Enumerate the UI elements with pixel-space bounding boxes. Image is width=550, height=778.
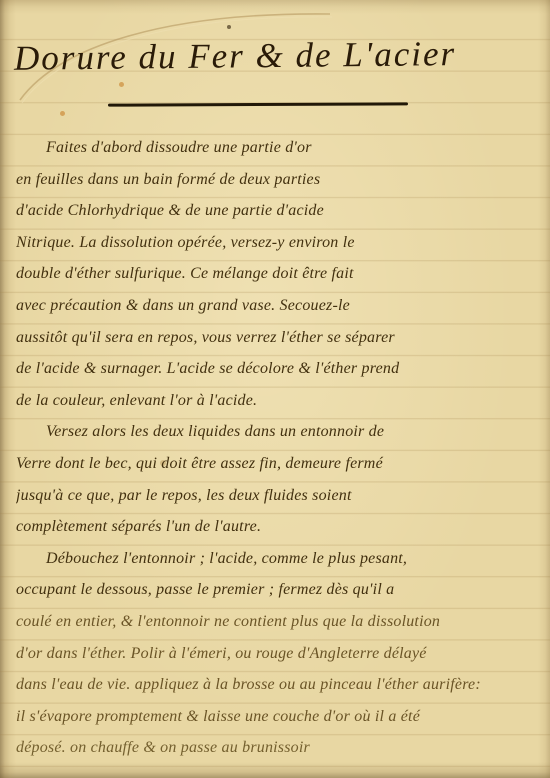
handwritten-line: jusqu'à ce que, par le repos, les deux f… — [16, 480, 544, 512]
handwritten-line: Versez alors les deux liquides dans un e… — [16, 416, 544, 448]
handwritten-line: occupant le dessous, passe le premier ; … — [16, 574, 544, 606]
paragraph-3: Débouchez l'entonnoir ; l'acide, comme l… — [16, 543, 544, 764]
paragraph-2: Versez alors les deux liquides dans un e… — [16, 416, 544, 542]
handwritten-line: d'or dans l'éther. Polir à l'émeri, ou r… — [16, 638, 544, 670]
handwritten-line: d'acide Chlorhydrique & de une partie d'… — [16, 195, 544, 227]
manuscript-page: Dorure du Fer & de L'acier Faites d'abor… — [0, 0, 550, 778]
handwritten-line: coulé en entier, & l'entonnoir ne contie… — [16, 606, 544, 638]
handwritten-line: Nitrique. La dissolution opérée, versez-… — [16, 227, 544, 259]
handwritten-line: Faites d'abord dissoudre une partie d'or — [16, 132, 544, 164]
handwritten-line: double d'éther sulfurique. Ce mélange do… — [16, 258, 544, 290]
ink-speck — [227, 25, 231, 29]
title-underline — [108, 102, 408, 106]
rust-stain — [119, 82, 124, 87]
handwritten-line: de la couleur, enlevant l'or à l'acide. — [16, 385, 544, 417]
page-title: Dorure du Fer & de L'acier — [14, 33, 534, 78]
handwritten-line: il s'évapore promptement & laisse une co… — [16, 701, 544, 733]
rust-stain — [60, 111, 65, 116]
handwritten-line: aussitôt qu'il sera en repos, vous verre… — [16, 322, 544, 354]
handwritten-line: avec précaution & dans un grand vase. Se… — [16, 290, 544, 322]
handwritten-line: Verre dont le bec, qui doit être assez f… — [16, 448, 544, 480]
handwritten-line: déposé. on chauffe & on passe au bruniss… — [16, 732, 544, 764]
handwritten-line: Débouchez l'entonnoir ; l'acide, comme l… — [16, 543, 544, 575]
handwritten-line: de l'acide & surnager. L'acide se décolo… — [16, 353, 544, 385]
handwritten-line: dans l'eau de vie. appliquez à la brosse… — [16, 669, 544, 701]
paragraph-1: Faites d'abord dissoudre une partie d'or… — [16, 132, 544, 416]
manuscript-body: Faites d'abord dissoudre une partie d'or… — [16, 132, 544, 764]
handwritten-line: complètement séparés l'un de l'autre. — [16, 511, 544, 543]
handwritten-line: en feuilles dans un bain formé de deux p… — [16, 164, 544, 196]
